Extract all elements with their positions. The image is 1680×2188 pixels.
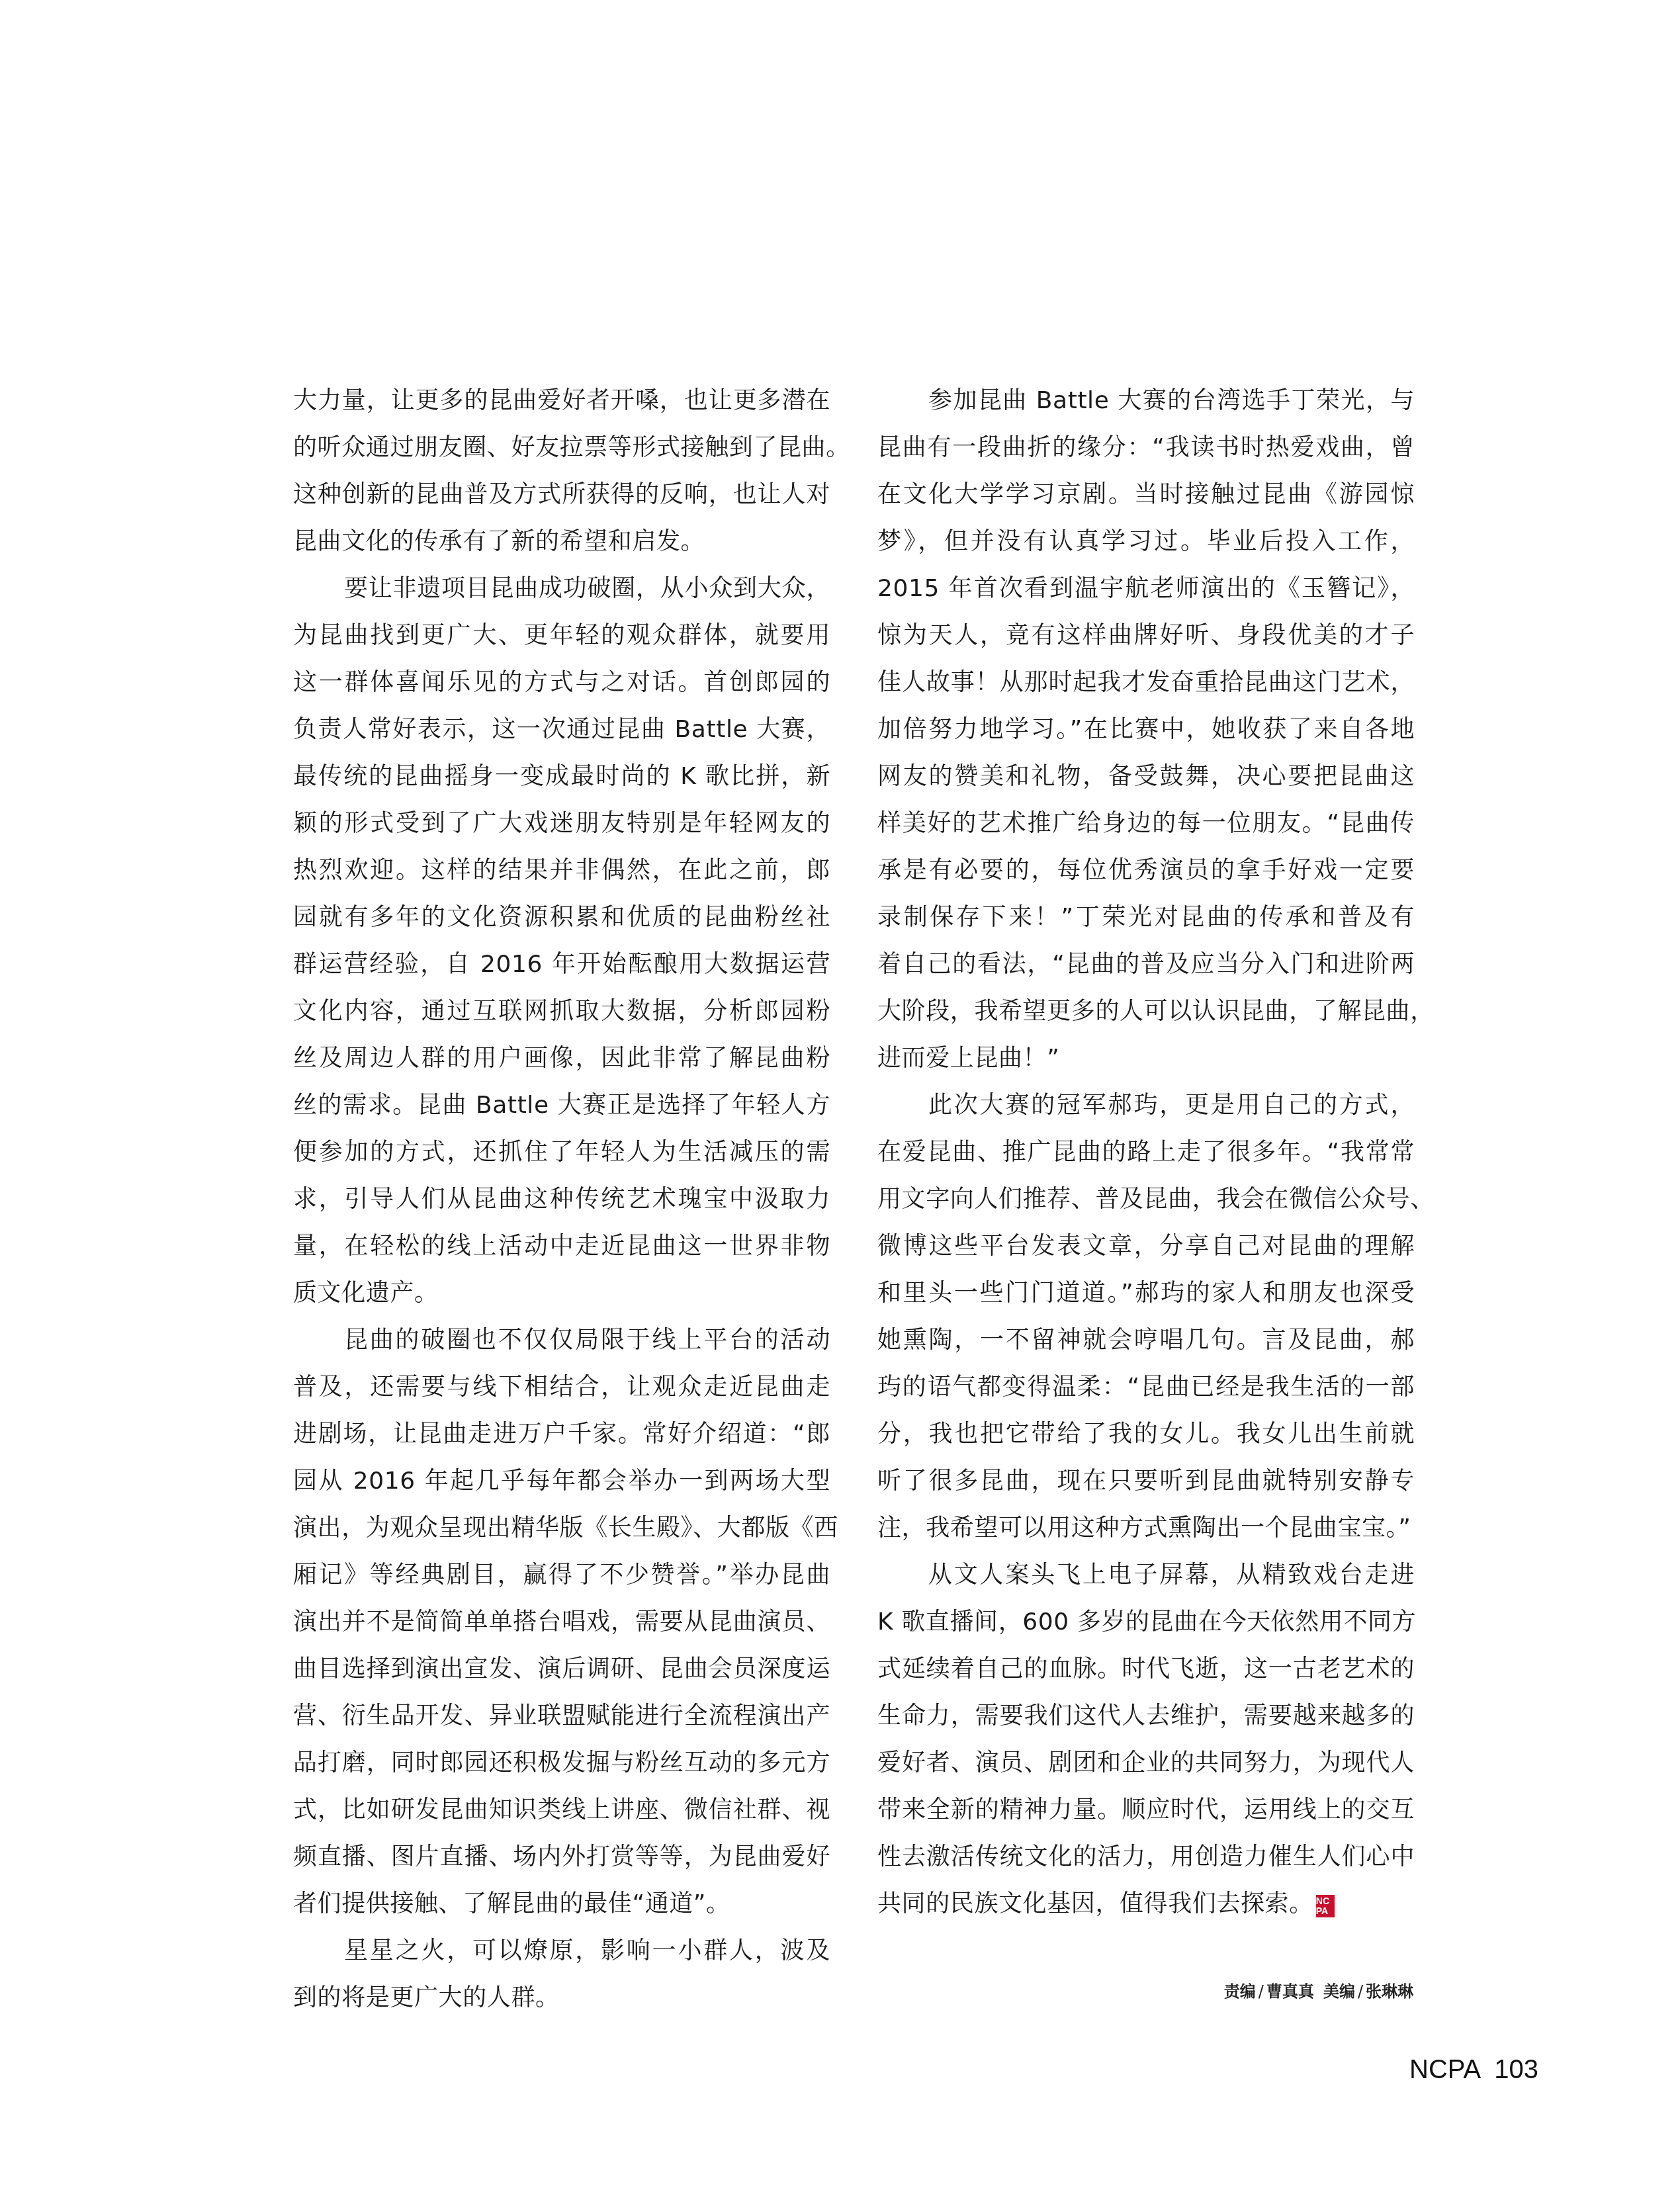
- text-line: 求，引导人们从昆曲这种传统艺术瑰宝中汲取力: [293, 1176, 830, 1223]
- text-line: 到的将是更广大的人群。: [293, 1974, 830, 2021]
- text-line: 2015 年首次看到温宇航老师演出的《玉簪记》，: [877, 565, 1415, 612]
- text-line: 梦》，但并没有认真学习过。毕业后投入工作，: [877, 518, 1415, 565]
- page-number: 103: [1494, 2055, 1538, 2084]
- text-line: 在爱昆曲、推广昆曲的路上走了很多年。“我常常: [877, 1129, 1415, 1176]
- text-line: 颖的形式受到了广大戏迷朋友特别是年轻网友的: [293, 800, 830, 847]
- article-paragraph: 参加昆曲 Battle 大赛的台湾选手丁荣光，与昆曲有一段曲折的缘分：“我读书时…: [877, 377, 1415, 1082]
- text-line: 佳人故事！从那时起我才发奋重拾昆曲这门艺术，: [877, 659, 1415, 706]
- text-line: 参加昆曲 Battle 大赛的台湾选手丁荣光，与: [877, 377, 1415, 424]
- text-line: 性去激活传统文化的活力，用创造力催生人们心中: [877, 1833, 1415, 1880]
- text-line: 这种创新的昆曲普及方式所获得的反响，也让人对: [293, 471, 830, 518]
- text-line: 在文化大学学习京剧。当时接触过昆曲《游园惊: [877, 471, 1415, 518]
- text-line: 最传统的昆曲摇身一变成最时尚的 K 歌比拼，新: [293, 753, 830, 800]
- text-line: 听了很多昆曲，现在只要听到昆曲就特别安静专: [877, 1458, 1415, 1505]
- text-line: 丝及周边人群的用户画像，因此非常了解昆曲粉: [293, 1035, 830, 1082]
- text-line: 的听众通过朋友圈、好友拉票等形式接触到了昆曲。: [293, 424, 830, 471]
- text-line: 要让非遗项目昆曲成功破圈，从小众到大众，: [293, 565, 830, 612]
- article-column-left: 大力量，让更多的昆曲爱好者开嗓，也让更多潜在的听众通过朋友圈、好友拉票等形式接触…: [293, 377, 830, 2021]
- text-line: 曲目选择到演出宣发、演后调研、昆曲会员深度运: [293, 1645, 830, 1692]
- text-line: 惊为天人，竟有这样曲牌好听、身段优美的才子: [877, 612, 1415, 659]
- article-column-right: 参加昆曲 Battle 大赛的台湾选手丁荣光，与昆曲有一段曲折的缘分：“我读书时…: [877, 377, 1415, 1927]
- text-line: 从文人案头飞上电子屏幕，从精致戏台走进: [877, 1552, 1415, 1598]
- text-line: 者们提供接触、了解昆曲的最佳“通道”。: [293, 1880, 830, 1927]
- text-line: 演出并不是简简单单搭台唱戏，需要从昆曲演员、: [293, 1598, 830, 1645]
- text-line: 普及，还需要与线下相结合，让观众走近昆曲走: [293, 1364, 830, 1411]
- text-line: 她熏陶，一不留神就会哼唱几句。言及昆曲，郝: [877, 1317, 1415, 1364]
- ncpa-end-mark-icon: NCPA: [1316, 1895, 1335, 1917]
- text-line: 带来全新的精神力量。顺应时代，运用线上的交互: [877, 1786, 1415, 1833]
- text-line: 昆曲文化的传承有了新的希望和启发。: [293, 518, 830, 565]
- end-mark-top: NC: [1316, 1896, 1335, 1906]
- text-line: 厢记》等经典剧目，赢得了不少赞誉。”举办昆曲: [293, 1552, 830, 1598]
- text-line: 式，比如研发昆曲知识类线上讲座、微信社群、视: [293, 1786, 830, 1833]
- text-line: 网友的赞美和礼物，备受鼓舞，决心要把昆曲这: [877, 753, 1415, 800]
- text-line: 昆曲的破圈也不仅仅局限于线上平台的活动: [293, 1317, 830, 1364]
- editor-label: 责编: [1224, 1982, 1256, 2001]
- text-line: 微博这些平台发表文章，分享自己对昆曲的理解: [877, 1223, 1415, 1270]
- text-line: 园就有多年的文化资源积累和优质的昆曲粉丝社: [293, 894, 830, 941]
- text-line: 承是有必要的，每位优秀演员的拿手好戏一定要: [877, 847, 1415, 894]
- text-line: 加倍努力地学习。”在比赛中，她收获了来自各地: [877, 706, 1415, 753]
- text-line: 爱好者、演员、剧团和企业的共同努力，为现代人: [877, 1739, 1415, 1786]
- text-line: 生命力，需要我们这代人去维护，需要越来越多的: [877, 1692, 1415, 1739]
- text-line: 注，我希望可以用这种方式熏陶出一个昆曲宝宝。”: [877, 1505, 1415, 1552]
- credit-separator: /: [1259, 1982, 1264, 2001]
- text-line: 便参加的方式，还抓住了年轻人为生活减压的需: [293, 1129, 830, 1176]
- text-line: 共同的民族文化基因，值得我们去探索。NCPA: [877, 1880, 1415, 1927]
- article-paragraph: 大力量，让更多的昆曲爱好者开嗓，也让更多潜在的听众通过朋友圈、好友拉票等形式接触…: [293, 377, 830, 565]
- article-paragraph: 此次大赛的冠军郝玙，更是用自己的方式，在爱昆曲、推广昆曲的路上走了很多年。“我常…: [877, 1082, 1415, 1552]
- text-line: 大力量，让更多的昆曲爱好者开嗓，也让更多潜在: [293, 377, 830, 424]
- credit-separator: /: [1358, 1982, 1363, 2001]
- article-paragraph: 要让非遗项目昆曲成功破圈，从小众到大众，为昆曲找到更广大、更年轻的观众群体，就要…: [293, 565, 830, 1317]
- end-mark-bottom: PA: [1316, 1906, 1335, 1916]
- text-line: 热烈欢迎。这样的结果并非偶然，在此之前，郎: [293, 847, 830, 894]
- text-line: 分，我也把它带给了我的女儿。我女儿出生前就: [877, 1411, 1415, 1458]
- text-line: 和里头一些门门道道。”郝玙的家人和朋友也深受: [877, 1270, 1415, 1317]
- text-line: 演出，为观众呈现出精华版《长生殿》、大都版《西: [293, 1505, 830, 1552]
- publication-name: NCPA: [1409, 2055, 1481, 2084]
- text-line: K 歌直播间，600 多岁的昆曲在今天依然用不同方: [877, 1598, 1415, 1645]
- text-line: 式延续着自己的血脉。时代飞逝，这一古老艺术的: [877, 1645, 1415, 1692]
- text-line: 质文化遗产。: [293, 1270, 830, 1317]
- text-line: 大阶段，我希望更多的人可以认识昆曲，了解昆曲，: [877, 988, 1415, 1035]
- article-paragraph: 从文人案头飞上电子屏幕，从精致戏台走进K 歌直播间，600 多岁的昆曲在今天依然…: [877, 1552, 1415, 1927]
- text-line: 此次大赛的冠军郝玙，更是用自己的方式，: [877, 1082, 1415, 1129]
- text-line: 星星之火，可以燎原，影响一小群人，波及: [293, 1927, 830, 1974]
- text-line: 量，在轻松的线上活动中走近昆曲这一世界非物: [293, 1223, 830, 1270]
- text-line: 负责人常好表示，这一次通过昆曲 Battle 大赛，: [293, 706, 830, 753]
- page-folio: NCPA103: [1409, 2055, 1538, 2085]
- text-line: 品打磨，同时郎园还积极发掘与粉丝互动的多元方: [293, 1739, 830, 1786]
- text-line: 着自己的看法，“昆曲的普及应当分入门和进阶两: [877, 941, 1415, 988]
- text-line: 营、衍生品开发、异业联盟赋能进行全流程演出产: [293, 1692, 830, 1739]
- text-line: 昆曲有一段曲折的缘分：“我读书时热爱戏曲，曾: [877, 424, 1415, 471]
- editor-credits: 责编/曹真真美编/张琳琳: [1171, 1978, 1413, 2001]
- article-paragraph: 昆曲的破圈也不仅仅局限于线上平台的活动普及，还需要与线下相结合，让观众走近昆曲走…: [293, 1317, 830, 1927]
- text-line: 进剧场，让昆曲走进万户千家。常好介绍道：“郎: [293, 1411, 830, 1458]
- editor-name: 曹真真: [1266, 1982, 1314, 2001]
- text-line: 样美好的艺术推广给身边的每一位朋友。“昆曲传: [877, 800, 1415, 847]
- designer-label: 美编: [1323, 1982, 1355, 2001]
- text-line: 这一群体喜闻乐见的方式与之对话。首创郎园的: [293, 659, 830, 706]
- text-line: 玙的语气都变得温柔：“昆曲已经是我生活的一部: [877, 1364, 1415, 1411]
- designer-name: 张琳琳: [1366, 1982, 1413, 2001]
- text-line: 为昆曲找到更广大、更年轻的观众群体，就要用: [293, 612, 830, 659]
- text-line: 进而爱上昆曲！”: [877, 1035, 1415, 1082]
- text-line: 群运营经验，自 2016 年开始酝酿用大数据运营: [293, 941, 830, 988]
- text-line: 丝的需求。昆曲 Battle 大赛正是选择了年轻人方: [293, 1082, 830, 1129]
- text-line: 文化内容，通过互联网抓取大数据，分析郎园粉: [293, 988, 830, 1035]
- text-line: 用文字向人们推荐、普及昆曲，我会在微信公众号、: [877, 1176, 1415, 1223]
- text-line: 园从 2016 年起几乎每年都会举办一到两场大型: [293, 1458, 830, 1505]
- text-line: 录制保存下来！”丁荣光对昆曲的传承和普及有: [877, 894, 1415, 941]
- text-line: 频直播、图片直播、场内外打赏等等，为昆曲爱好: [293, 1833, 830, 1880]
- article-paragraph: 星星之火，可以燎原，影响一小群人，波及到的将是更广大的人群。: [293, 1927, 830, 2021]
